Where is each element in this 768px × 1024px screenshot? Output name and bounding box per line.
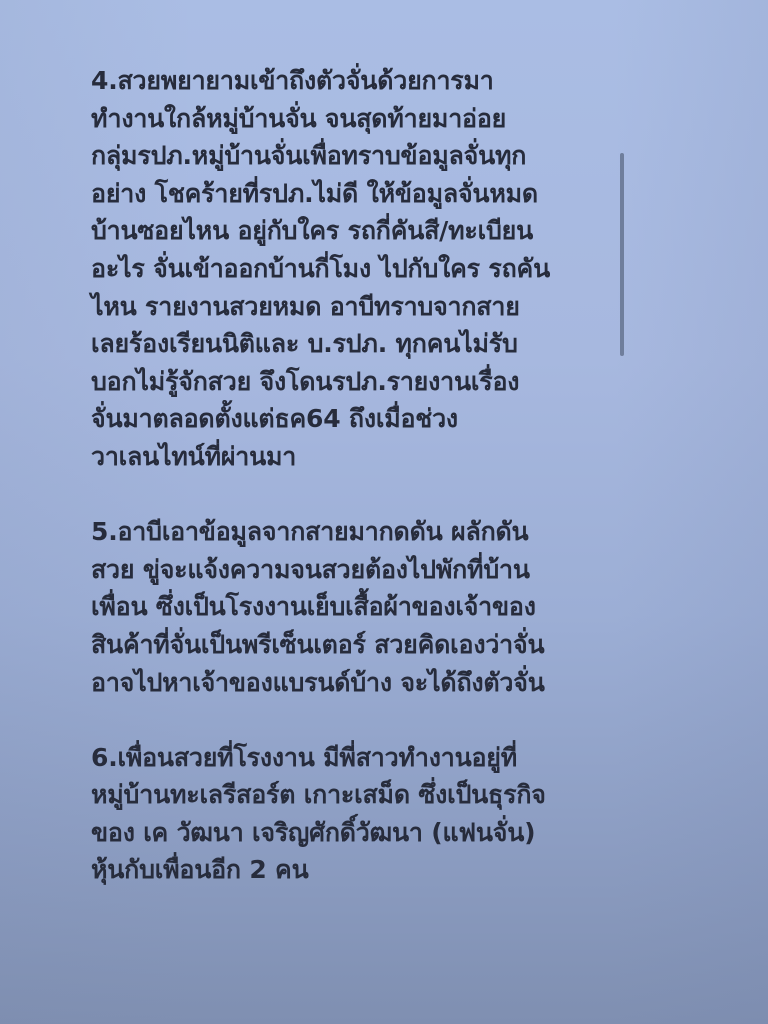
paragraph-line: บอกไม่รู้จักสวย จึงโดนรปภ.รายงานเรื่อง [91, 363, 631, 401]
paragraph-line: อาจไปหาเจ้าของแบรนด์บ้าง จะได้ถึงตัวจั่น [91, 664, 631, 702]
paragraph-5: 5.อาบีเอาข้อมูลจากสายมากดดัน ผลักดัน สวย… [91, 513, 631, 701]
paragraph-spacer [91, 701, 631, 739]
paragraph-line: หมู่บ้านทะเลรีสอร์ต เกาะเสม็ด ซึ่งเป็นธุ… [91, 776, 631, 814]
paragraph-6: 6.เพื่อนสวยที่โรงงาน มีพี่สาวทำงานอยู่ที… [91, 739, 631, 889]
paragraph-line: ทำงานใกล้หมู่บ้านจั่น จนสุดท้ายมาอ่อย [91, 100, 631, 138]
paragraph-line: 4.สวยพยายามเข้าถึงตัวจั่นด้วยการมา [91, 62, 631, 100]
paragraph-line: อย่าง โชคร้ายที่รปภ.ไม่ดี ให้ข้อมูลจั่นห… [91, 175, 631, 213]
paragraph-line: บ้านซอยไหน อยู่กับใคร รถกี่คันสี/ทะเบียน [91, 212, 631, 250]
paragraph-line: วาเลนไทน์ที่ผ่านมา [91, 438, 631, 476]
paragraph-line: สวย ขู่จะแจ้งความจนสวยต้องไปพักที่บ้าน [91, 551, 631, 589]
paragraph-line: เพื่อน ซึ่งเป็นโรงงานเย็บเสื้อผ้าของเจ้า… [91, 588, 631, 626]
paragraph-4: 4.สวยพยายามเข้าถึงตัวจั่นด้วยการมา ทำงาน… [91, 62, 631, 476]
paragraph-line: ของ เค วัฒนา เจริญศักดิ์วัฒนา (แฟนจั่น) [91, 814, 631, 852]
paragraph-line: กลุ่มรปภ.หมู่บ้านจั่นเพื่อทราบข้อมูลจั่น… [91, 137, 631, 175]
paragraph-line: เลยร้องเรียนนิติและ บ.รปภ. ทุกคนไม่รับ [91, 325, 631, 363]
paragraph-line: 5.อาบีเอาข้อมูลจากสายมากดดัน ผลักดัน [91, 513, 631, 551]
paragraph-line: ไหน รายงานสวยหมด อาบีทราบจากสาย [91, 288, 631, 326]
paragraph-line: จั่นมาตลอดตั้งแต่ธค64 ถึงเมื่อช่วง [91, 400, 631, 438]
document-body: 4.สวยพยายามเข้าถึงตัวจั่นด้วยการมา ทำงาน… [91, 62, 631, 889]
paragraph-spacer [91, 476, 631, 514]
paragraph-line: สินค้าที่จั่นเป็นพรีเซ็นเตอร์ สวยคิดเองว… [91, 626, 631, 664]
paragraph-line: หุ้นกับเพื่อนอีก 2 คน [91, 851, 631, 889]
vertical-scrollbar[interactable] [620, 153, 624, 356]
paragraph-line: 6.เพื่อนสวยที่โรงงาน มีพี่สาวทำงานอยู่ที… [91, 739, 631, 777]
paragraph-line: อะไร จั่นเข้าออกบ้านกี่โมง ไปกับใคร รถคั… [91, 250, 631, 288]
